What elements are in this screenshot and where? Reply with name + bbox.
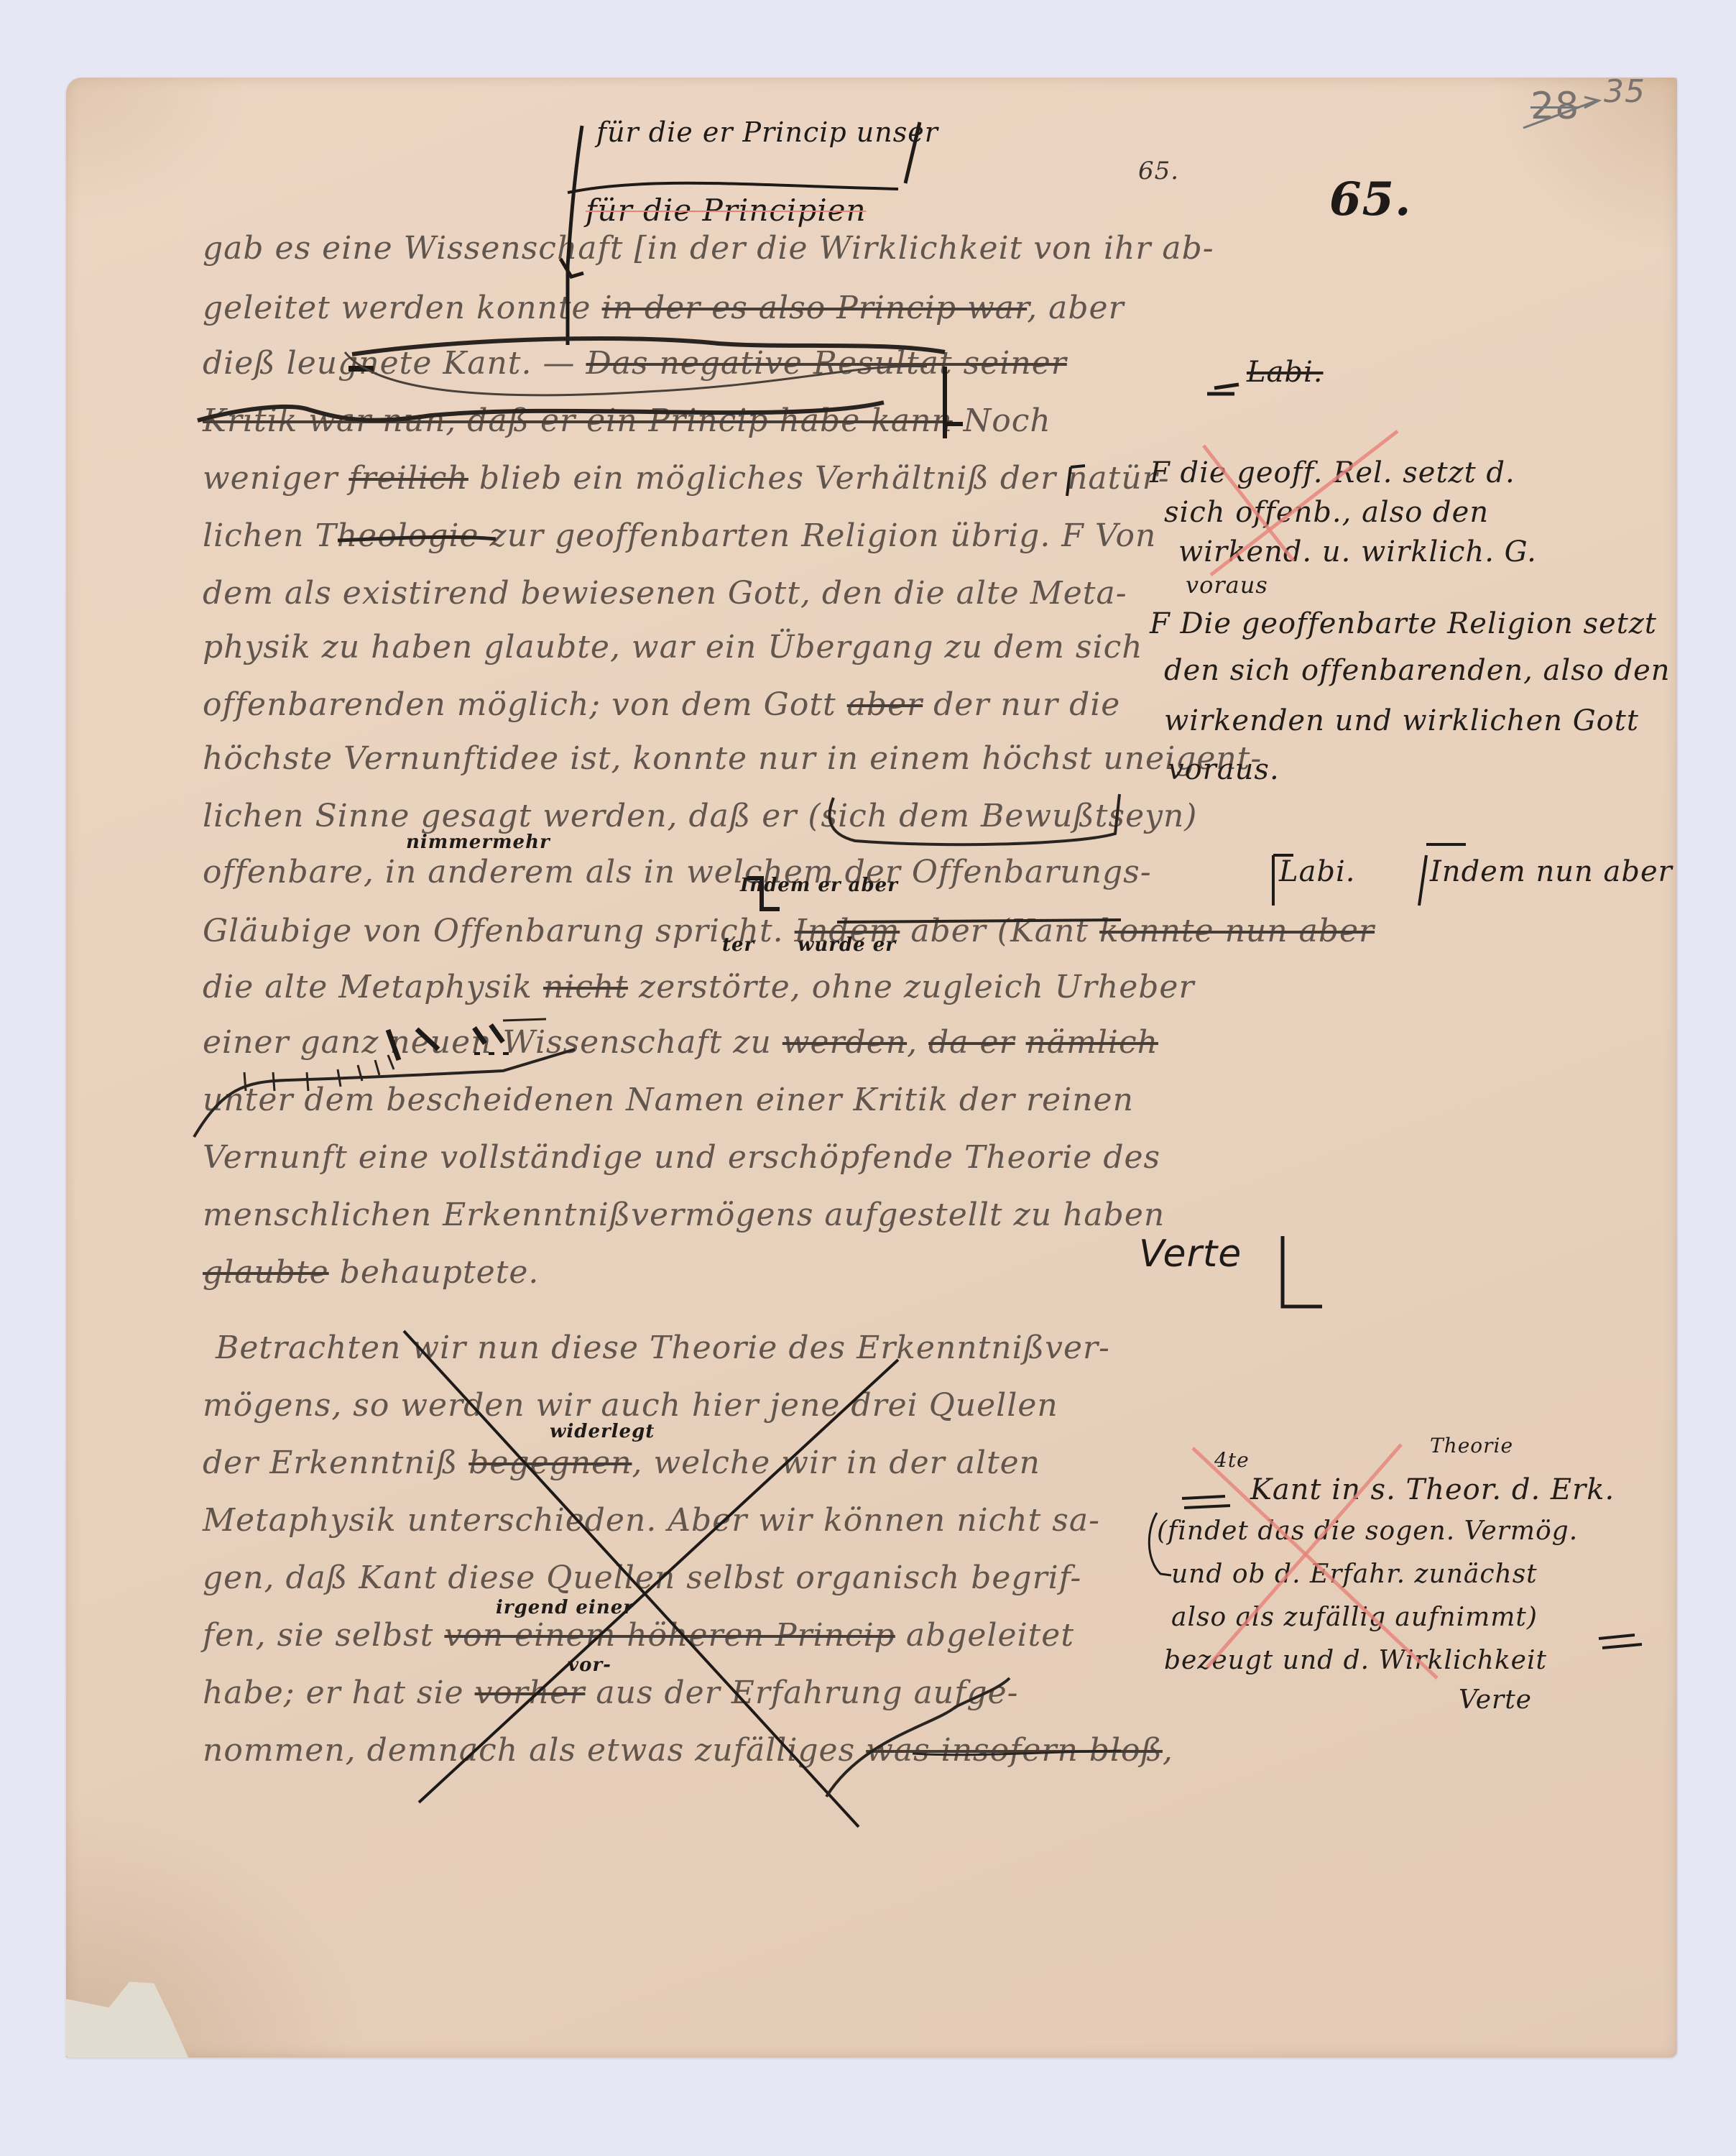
margin-note-line: und ob d. Erfahr. zunächst bbox=[1171, 1560, 1538, 1589]
line-text: unter dem bescheidenen Namen einer Kriti… bbox=[203, 1082, 1134, 1118]
manuscript-line: offenbare, in anderem als in welchem der… bbox=[203, 854, 1152, 890]
line-text: der Erkenntniß bbox=[203, 1445, 468, 1481]
manuscript-line: mögens, so werden wir auch hier jene dre… bbox=[203, 1387, 1058, 1424]
interlinear-insertion: widerlegt bbox=[550, 1421, 655, 1442]
page-number-small: 65. bbox=[1138, 157, 1179, 185]
manuscript-line: Gläubige von Offenbarung spricht. Indem … bbox=[203, 913, 1375, 949]
margin-superscript: Theorie bbox=[1430, 1434, 1513, 1457]
manuscript-line: der Erkenntniß begegnen, welche wir in d… bbox=[203, 1445, 1040, 1481]
manuscript-line: gen, daß Kant diese Quellen selbst organ… bbox=[203, 1560, 1081, 1596]
struck-text: begegnen bbox=[468, 1445, 632, 1481]
struck-text: freilich bbox=[348, 460, 468, 497]
manuscript-line: nommen, demnach als etwas zufälliges was… bbox=[203, 1732, 1173, 1769]
struck-text: was insofern bloß bbox=[866, 1732, 1163, 1769]
manuscript-line: geleitet werden konnte in der es also Pr… bbox=[203, 290, 1125, 326]
margin-note-line: sich offenb., also den bbox=[1164, 496, 1489, 529]
line-text: behauptete. bbox=[329, 1254, 540, 1291]
struck-text: nämlich bbox=[1026, 1024, 1158, 1061]
line-text: fen, sie selbst bbox=[203, 1617, 444, 1654]
line-text: Metaphysik unterschieden. Aber wir könne… bbox=[203, 1502, 1100, 1539]
line-text: weniger bbox=[203, 460, 348, 497]
manuscript-line: fen, sie selbst von einem höheren Princi… bbox=[203, 1617, 1074, 1654]
manuscript-line: die alte Metaphysik nicht zerstörte, ohn… bbox=[203, 969, 1195, 1005]
margin-note-labi: Labi. bbox=[1279, 855, 1356, 888]
margin-note-crossed: Labi. bbox=[1247, 356, 1324, 389]
manuscript-line: Kritik war nun, daß er ein Princip habe … bbox=[203, 402, 1051, 439]
manuscript-line: physik zu haben glaubte, war ein Übergan… bbox=[203, 629, 1143, 665]
margin-note-line: F Die geoffenbarte Religion setzt bbox=[1150, 607, 1657, 640]
paper-stain bbox=[66, 78, 253, 221]
line-text: physik zu haben glaubte, war ein Übergan… bbox=[203, 629, 1143, 665]
line-text: , welche wir in der alten bbox=[632, 1445, 1041, 1481]
margin-note-line: also als zufällig aufnimmt) bbox=[1171, 1603, 1538, 1632]
line-text: Noch bbox=[953, 402, 1051, 439]
struck-text: in der es also Princip war bbox=[602, 290, 1028, 326]
manuscript-line: dem als existirend bewiesenen Gott, den … bbox=[203, 575, 1127, 612]
struck-text: nicht bbox=[543, 969, 628, 1005]
manuscript-line: Betrachten wir nun diese Theorie des Erk… bbox=[216, 1330, 1110, 1366]
line-text: einer ganz neuen Wissenschaft zu bbox=[203, 1024, 782, 1061]
line-text: lichen Sinne gesagt werden, daß er (sich… bbox=[203, 798, 1197, 834]
line-text: dieß leugnete Kant. — bbox=[203, 345, 586, 382]
verte-mark: Verte bbox=[1139, 1233, 1242, 1276]
line-text: dem als existirend bewiesenen Gott, den … bbox=[203, 575, 1127, 612]
struck-text: konnte nun aber bbox=[1099, 913, 1375, 949]
insertion-top-line1: für die er Princip unser bbox=[596, 116, 938, 148]
line-text: mögens, so werden wir auch hier jene dre… bbox=[203, 1387, 1058, 1424]
manuscript-line: habe; er hat sie vorher aus der Erfahrun… bbox=[203, 1674, 1019, 1711]
struck-text: aber bbox=[847, 686, 923, 723]
margin-note-line: wirkend. u. wirklich. G. bbox=[1178, 535, 1537, 568]
manuscript-line: Metaphysik unterschieden. Aber wir könne… bbox=[203, 1502, 1100, 1539]
line-text: habe; er hat sie bbox=[203, 1674, 475, 1711]
line-text: lichen Theologie zur geoffenbarten Relig… bbox=[203, 517, 1156, 554]
margin-note-line: voraus bbox=[1186, 571, 1268, 599]
line-text: menschlichen Erkenntnißvermögens aufgest… bbox=[203, 1197, 1165, 1233]
struck-text: vorher bbox=[475, 1674, 586, 1711]
margin-note-line: den sich offenbarenden, also den bbox=[1164, 654, 1671, 687]
line-text: , bbox=[1163, 1732, 1173, 1769]
manuscript-line: Vernunft eine vollständige und erschöpfe… bbox=[203, 1139, 1160, 1176]
line-text: Betrachten wir nun diese Theorie des Erk… bbox=[216, 1330, 1110, 1366]
line-text: offenbarenden möglich; von dem Gott bbox=[203, 686, 847, 723]
interlinear-insertion: irgend einer bbox=[496, 1597, 634, 1618]
line-text: die alte Metaphysik bbox=[203, 969, 543, 1005]
line-text: zerstörte, ohne zugleich Urheber bbox=[628, 969, 1194, 1005]
manuscript-line: dieß leugnete Kant. — Das negative Resul… bbox=[203, 345, 1067, 382]
manuscript-line: lichen Sinne gesagt werden, daß er (sich… bbox=[203, 798, 1197, 834]
margin-note-line: Verte bbox=[1459, 1685, 1532, 1715]
interlinear-insertion: vor- bbox=[568, 1654, 611, 1676]
margin-note-line: (findet das die sogen. Vermög. bbox=[1157, 1516, 1578, 1546]
interlinear-insertion: ter bbox=[722, 934, 754, 956]
margin-note-line: Kant in s. Theor. d. Erk. bbox=[1250, 1473, 1615, 1506]
manuscript-line: weniger freilich blieb ein mögliches Ver… bbox=[203, 460, 1170, 497]
margin-note-line: wirkenden und wirklichen Gott bbox=[1164, 704, 1639, 737]
struck-text: glaubte bbox=[203, 1254, 329, 1291]
line-text: Gläubige von Offenbarung spricht. bbox=[203, 913, 795, 949]
struck-text: da er bbox=[928, 1024, 1015, 1061]
page-number-large: 65. bbox=[1329, 172, 1411, 226]
line-text: höchste Vernunftidee ist, konnte nur in … bbox=[203, 740, 1262, 777]
manuscript-line: lichen Theologie zur geoffenbarten Relig… bbox=[203, 517, 1156, 554]
page-number-pencil: 35 bbox=[1604, 73, 1645, 110]
paper-stain bbox=[1490, 78, 1677, 250]
insertion-top-line2: für die Principien bbox=[586, 193, 867, 228]
line-text: offenbare, in anderem als in welchem der… bbox=[203, 854, 1152, 890]
line-text: , aber bbox=[1027, 290, 1124, 326]
margin-note-line: F die geoff. Rel. setzt d. bbox=[1150, 456, 1515, 489]
line-text: blieb ein mögliches Verhältniß der natür… bbox=[468, 460, 1170, 497]
struck-text: von einem höheren Princip bbox=[444, 1617, 895, 1654]
manuscript-line: glaubte behauptete. bbox=[203, 1254, 539, 1291]
margin-note-line: voraus. bbox=[1168, 753, 1280, 786]
line-text: aus der Erfahrung aufge- bbox=[585, 1674, 1018, 1711]
line-text: nommen, demnach als etwas zufälliges bbox=[203, 1732, 866, 1769]
manuscript-line: einer ganz neuen Wissenschaft zu werden,… bbox=[203, 1024, 1158, 1061]
interlinear-insertion: nimmermehr bbox=[406, 831, 550, 853]
interlinear-insertion: wurde er bbox=[798, 934, 896, 956]
manuscript-line: offenbarenden möglich; von dem Gott aber… bbox=[203, 686, 1120, 723]
page-number-crossed: 28 bbox=[1530, 85, 1579, 128]
line-text: aber (Kant bbox=[900, 913, 1099, 949]
manuscript-line: gab es eine Wissenschaft [in der die Wir… bbox=[203, 230, 1214, 267]
line-text: Vernunft eine vollständige und erschöpfe… bbox=[203, 1139, 1160, 1176]
manuscript-line: unter dem bescheidenen Namen einer Kriti… bbox=[203, 1082, 1134, 1118]
line-text: geleitet werden konnte bbox=[203, 290, 602, 326]
line-text: der nur die bbox=[923, 686, 1120, 723]
struck-text: Kritik war nun, daß er ein Princip habe … bbox=[203, 402, 953, 439]
struck-text: Das negative Resultat seiner bbox=[586, 345, 1066, 382]
margin-superscript: 4te bbox=[1214, 1448, 1250, 1472]
line-text: gen, daß Kant diese Quellen selbst organ… bbox=[203, 1560, 1081, 1596]
line-text bbox=[1015, 1024, 1026, 1061]
line-text: abgeleitet bbox=[895, 1617, 1074, 1654]
manuscript-line: höchste Vernunftidee ist, konnte nur in … bbox=[203, 740, 1262, 777]
line-text: gab es eine Wissenschaft [in der die Wir… bbox=[203, 230, 1214, 267]
line-text: , bbox=[907, 1024, 928, 1061]
interlinear-insertion: Indem er aber bbox=[740, 875, 898, 896]
margin-note-bracket: Indem nun aber bbox=[1430, 855, 1673, 888]
manuscript-line: menschlichen Erkenntnißvermögens aufgest… bbox=[203, 1197, 1165, 1233]
struck-text: werden bbox=[782, 1024, 907, 1061]
margin-note-line: bezeugt und d. Wirklichkeit bbox=[1164, 1646, 1547, 1675]
